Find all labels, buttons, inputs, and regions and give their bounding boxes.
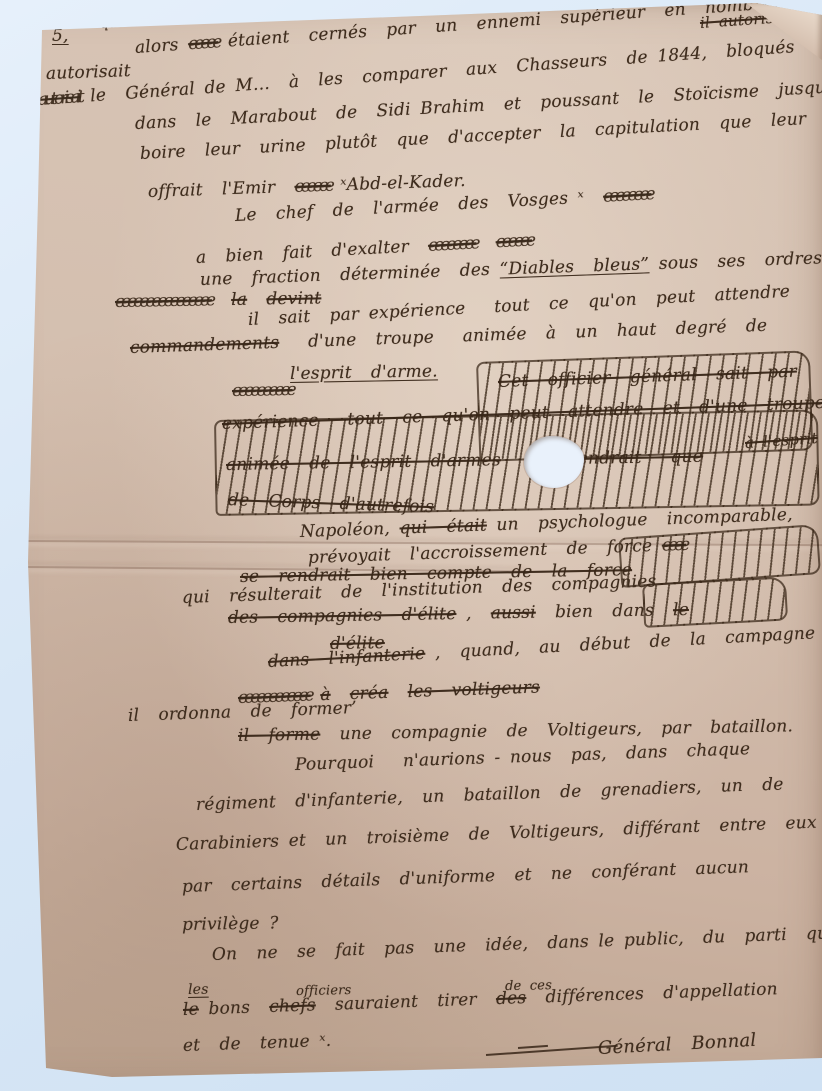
handwritten-text: ˣAbd-el-Kader.: [330, 171, 466, 196]
insertion-les: les: [188, 982, 209, 998]
handwritten-text: autorisait: [46, 61, 131, 84]
manuscript-line: Pourquoi n'aurions - nous pas, dans chaq…: [295, 739, 751, 775]
ink-scribble: eeeeeeeeee: [232, 380, 293, 401]
handwritten-text: et de tenue ˣ.: [183, 1031, 332, 1056]
insertion-que-ces-braves: que ces braves,: [99, 5, 214, 33]
ink-scribble: eeeeee: [294, 176, 331, 197]
manuscript-line: des compagnies d'élite , aussi bien dans…: [228, 600, 689, 628]
handwritten-text: qui était: [399, 515, 487, 538]
handwritten-text: le: [673, 600, 689, 620]
handwritten-text: l'esprit d'arme.: [290, 361, 438, 384]
handwritten-text: que ces braves,: [100, 9, 214, 32]
handwritten-text: régiment d'infanterie, un bataillon de g…: [196, 774, 784, 815]
handwritten-text: des compagnies d'élite: [228, 604, 457, 628]
signature: Général Bonnal: [597, 1030, 756, 1059]
handwritten-text: 5,: [52, 26, 69, 46]
ink-scribble: eeeee: [187, 32, 219, 54]
handwritten-text: [247, 289, 267, 309]
page-number: 5,: [52, 26, 69, 46]
handwritten-text: il forme: [238, 725, 321, 746]
signature-flourish: [518, 1045, 548, 1049]
handwritten-text: aussi: [491, 603, 536, 624]
handwritten-text: dans l'infanterie: [267, 644, 425, 672]
manuscript-line: commandements d'une troupe animée à un h…: [130, 316, 768, 358]
handwritten-text: Général Bonnal: [597, 1030, 756, 1059]
handwritten-text: [388, 682, 408, 703]
handwritten-text: alors: [134, 34, 189, 58]
handwritten-text: les voltigeurs: [407, 677, 540, 702]
handwritten-text: ,: [456, 603, 491, 624]
ink-scribble: eeeeeeeeeeeeeeee: [115, 290, 212, 312]
handwritten-text: la: [231, 290, 247, 310]
handwritten-text: privilège ?: [182, 913, 279, 935]
handwritten-text: Pourquoi n'aurions - nous pas, dans chaq…: [295, 739, 751, 775]
handwritten-text: offrait l'Emir: [148, 177, 295, 202]
handwritten-text: [476, 232, 496, 253]
handwritten-text: le: [183, 999, 200, 1020]
handwritten-text: sous ses ordres, car: [649, 246, 822, 275]
handwritten-text: chefs: [269, 995, 316, 1017]
handwritten-text: il ordonna de former’: [128, 698, 357, 726]
handwritten-text: bien dans: [536, 600, 674, 622]
manuscript-line: régiment d'infanterie, un bataillon de g…: [196, 774, 784, 815]
handwritten-text: [212, 290, 232, 310]
manuscript-line: privilège ?: [182, 913, 279, 935]
manuscript-line: l'esprit d'arme.: [290, 361, 438, 384]
handwritten-text: les: [188, 982, 209, 998]
ink-scribble: eeee: [662, 535, 687, 556]
ink-scribble: eeeeeeee: [603, 184, 652, 207]
handwritten-text: différences d'appellation: [526, 979, 778, 1008]
handwritten-text: bons: [199, 997, 270, 1019]
ink-scribble: eeeeeeee: [428, 233, 477, 256]
handwritten-text: , quand, au début de la campagne de 180: [425, 619, 822, 664]
handwritten-text: des: [496, 988, 527, 1009]
ink-scribble: eeeeee: [495, 230, 532, 252]
scribble-line: eeeeeeeeee: [232, 380, 293, 401]
manuscript-line: il ordonna de former’: [128, 698, 357, 726]
handwritten-text: Napoléon,: [300, 519, 400, 542]
manuscript-line: Carabiniers et un troisième de Voltigeur…: [176, 813, 817, 855]
manuscript-line: On ne se fait pas une idée, dans le publ…: [212, 923, 822, 965]
handwritten-text: Carabiniers et un troisième de Voltigeur…: [176, 813, 817, 855]
ink-scribble: autorisait: [37, 87, 81, 110]
manuscript-line: et de tenue ˣ.: [183, 1031, 332, 1056]
manuscript-line: le bons chefs sauraient tirer des différ…: [183, 979, 778, 1020]
handwritten-text: par certains détails d'uniforme et ne co…: [182, 857, 750, 897]
handwriting-layer: que ces braves,5,alors eeeee étaient cer…: [0, 0, 822, 1091]
handwritten-text: “Diables bleus”: [499, 254, 649, 279]
handwritten-text: On ne se fait pas une idée, dans le publ…: [212, 923, 822, 965]
manuscript-line: par certains détails d'uniforme et ne co…: [182, 857, 750, 897]
manuscript-paper: que ces braves,5,alors eeeee étaient cer…: [0, 0, 822, 1091]
handwritten-text: commandements: [130, 333, 280, 358]
scanned-manuscript-page: que ces braves,5,alors eeeee étaient cer…: [0, 0, 822, 1091]
margin-word-autorisait: autorisait: [46, 61, 131, 84]
